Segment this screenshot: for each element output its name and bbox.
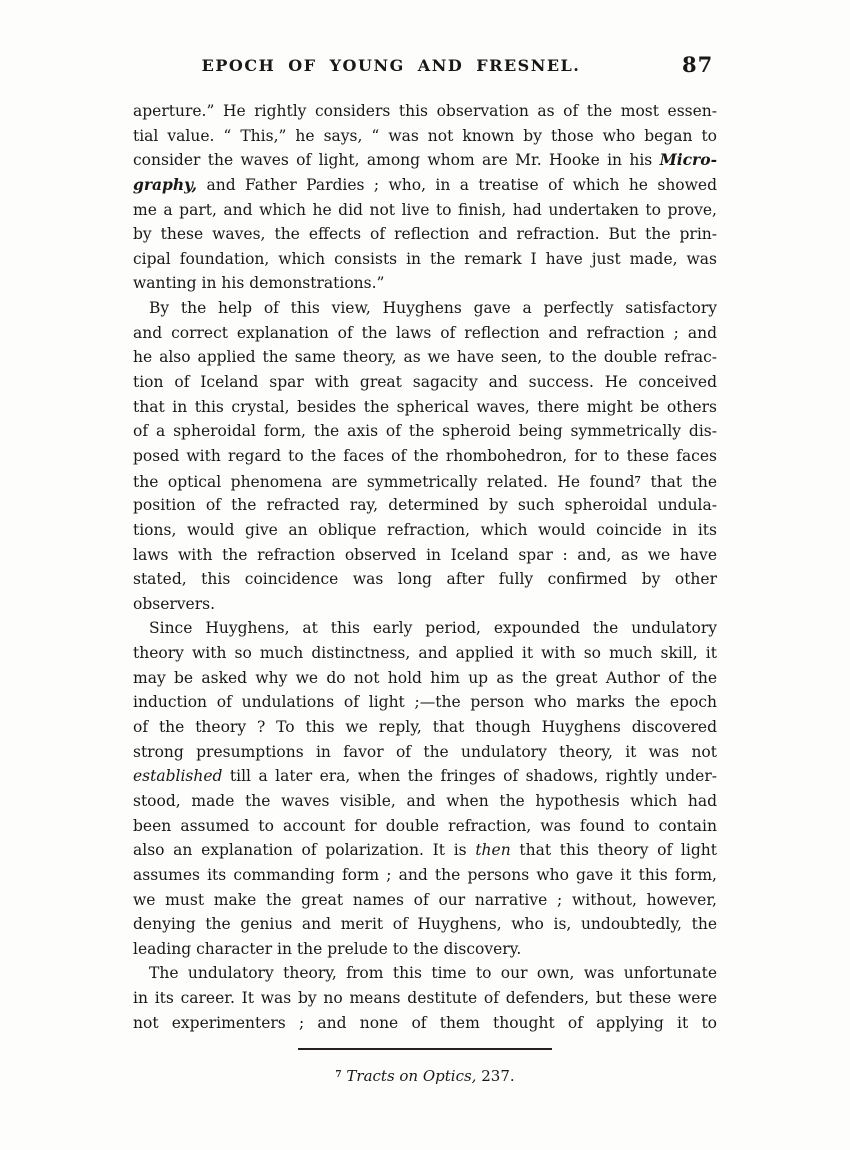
- text-segment: of a spheroidal form, the axis of the sp…: [133, 422, 717, 440]
- text-segment: also an explanation of polarization. It …: [133, 841, 475, 859]
- text-segment: graphy,: [133, 175, 197, 194]
- text-segment: that in this crystal, besides the spheri…: [133, 398, 717, 416]
- text-segment: Since Huyghens, at this early period, ex…: [149, 619, 717, 637]
- text-line: theory with so much distinctness, and ap…: [133, 641, 717, 666]
- text-line: tial value. “ This,” he says, “ was not …: [133, 124, 717, 149]
- text-line: consider the waves of light, among whom …: [133, 148, 717, 173]
- text-segment: that this theory of light: [511, 841, 717, 859]
- text-segment: he also applied the same theory, as we h…: [133, 348, 717, 366]
- text-line: me a part, and which he did not live to …: [133, 198, 717, 223]
- text-segment: The undulatory theory, from this time to…: [149, 964, 717, 982]
- text-segment: leading character in the prelude to the …: [133, 940, 521, 958]
- text-segment: and correct explanation of the laws of r…: [133, 324, 717, 342]
- book-page: EPOCH OF YOUNG AND FRESNEL. 87 aperture.…: [0, 0, 850, 1150]
- text-segment: till a later era, when the fringes of sh…: [222, 767, 717, 785]
- text-line: also an explanation of polarization. It …: [133, 838, 717, 863]
- text-segment: consider the waves of light, among whom …: [133, 151, 660, 169]
- text-segment: been assumed to account for double refra…: [133, 817, 717, 835]
- text-line: Since Huyghens, at this early period, ex…: [133, 616, 717, 641]
- paragraph: Since Huyghens, at this early period, ex…: [133, 616, 717, 961]
- text-line: of the theory ? To this we reply, that t…: [133, 715, 717, 740]
- text-line: posed with regard to the faces of the rh…: [133, 444, 717, 469]
- text-line: induction of undulations of light ;—the …: [133, 690, 717, 715]
- text-segment: aperture.” He rightly considers this obs…: [133, 102, 717, 120]
- text-segment: stated, this coincidence was long after …: [133, 570, 717, 588]
- text-line: leading character in the prelude to the …: [133, 937, 717, 962]
- page-number: 87: [682, 52, 713, 77]
- text-line: assumes its commanding form ; and the pe…: [133, 863, 717, 888]
- paragraph: The undulatory theory, from this time to…: [133, 961, 717, 1035]
- text-segment: wanting in his demonstrations.”: [133, 274, 384, 292]
- text-line: By the help of this view, Huyghens gave …: [133, 296, 717, 321]
- footnote: 7 Tracts on Optics, 237.: [133, 1064, 717, 1087]
- text-segment: not experimenters ; and none of them tho…: [133, 1014, 717, 1032]
- text-line: been assumed to account for double refra…: [133, 814, 717, 839]
- text-segment: we must make the great names of our narr…: [133, 891, 717, 909]
- footnote-rule: [298, 1048, 552, 1050]
- text-segment: tions, would give an oblique refraction,…: [133, 521, 717, 539]
- text-segment: laws with the refraction observed in Ice…: [133, 546, 717, 564]
- text-segment: observers.: [133, 595, 215, 613]
- text-segment: induction of undulations of light ;—the …: [133, 693, 717, 711]
- text-segment: by these waves, the effects of reflectio…: [133, 225, 717, 243]
- text-segment: tion of Iceland spar with great sagacity…: [133, 373, 717, 391]
- text-line: denying the genius and merit of Huyghens…: [133, 912, 717, 937]
- text-segment: cipal foundation, which consists in the …: [133, 250, 717, 268]
- text-line: observers.: [133, 592, 717, 617]
- text-line: aperture.” He rightly considers this obs…: [133, 99, 717, 124]
- paragraph: By the help of this view, Huyghens gave …: [133, 296, 717, 616]
- text-line: he also applied the same theory, as we h…: [133, 345, 717, 370]
- text-line: by these waves, the effects of reflectio…: [133, 222, 717, 247]
- text-line: strong presumptions in favor of the undu…: [133, 740, 717, 765]
- text-line: in its career. It was by no means destit…: [133, 986, 717, 1011]
- text-segment: posed with regard to the faces of the rh…: [133, 447, 717, 465]
- text-line: stood, made the waves visible, and when …: [133, 789, 717, 814]
- text-segment: theory with so much distinctness, and ap…: [133, 644, 717, 662]
- text-line: the optical phenomena are symmetrically …: [133, 469, 717, 494]
- text-line: not experimenters ; and none of them tho…: [133, 1011, 717, 1036]
- text-segment: the optical phenomena are symmetrically …: [133, 473, 635, 491]
- text-segment: of the theory ? To this we reply, that t…: [133, 718, 717, 736]
- text-segment: Micro-: [660, 150, 717, 169]
- text-segment: assumes its commanding form ; and the pe…: [133, 866, 717, 884]
- text-segment: tial value. “ This,” he says, “ was not …: [133, 127, 717, 145]
- text-segment: 237.: [476, 1067, 514, 1085]
- text-line: stated, this coincidence was long after …: [133, 567, 717, 592]
- text-segment: strong presumptions in favor of the undu…: [133, 743, 717, 761]
- text-line: tions, would give an oblique refraction,…: [133, 518, 717, 543]
- text-line: of a spheroidal form, the axis of the sp…: [133, 419, 717, 444]
- text-segment: established: [133, 767, 222, 785]
- text-line: graphy, and Father Pardies ; who, in a t…: [133, 173, 717, 198]
- page-body: aperture.” He rightly considers this obs…: [133, 99, 717, 1035]
- text-line: laws with the refraction observed in Ice…: [133, 543, 717, 568]
- text-segment: may be asked why we do not hold him up a…: [133, 669, 717, 687]
- text-segment: me a part, and which he did not live to …: [133, 201, 717, 219]
- text-segment: and Father Pardies ; who, in a treatise …: [197, 176, 717, 194]
- text-line: position of the refracted ray, determine…: [133, 493, 717, 518]
- text-segment: then: [475, 841, 510, 859]
- text-line: we must make the great names of our narr…: [133, 888, 717, 913]
- running-head-title: EPOCH OF YOUNG AND FRESNEL.: [133, 56, 649, 76]
- text-segment: position of the refracted ray, determine…: [133, 496, 717, 514]
- text-line: cipal foundation, which consists in the …: [133, 247, 717, 272]
- text-line: wanting in his demonstrations.”: [133, 271, 717, 296]
- text-segment: By the help of this view, Huyghens gave …: [149, 299, 717, 317]
- text-segment: that the: [641, 473, 717, 491]
- text-segment: Tracts on Optics,: [346, 1067, 476, 1085]
- text-line: that in this crystal, besides the spheri…: [133, 395, 717, 420]
- footnote-reference: 7: [335, 1070, 341, 1080]
- text-line: may be asked why we do not hold him up a…: [133, 666, 717, 691]
- text-segment: stood, made the waves visible, and when …: [133, 792, 717, 810]
- text-line: tion of Iceland spar with great sagacity…: [133, 370, 717, 395]
- text-line: established till a later era, when the f…: [133, 764, 717, 789]
- text-line: and correct explanation of the laws of r…: [133, 321, 717, 346]
- text-segment: denying the genius and merit of Huyghens…: [133, 915, 717, 933]
- text-line: The undulatory theory, from this time to…: [133, 961, 717, 986]
- text-segment: in its career. It was by no means destit…: [133, 989, 717, 1007]
- paragraph: aperture.” He rightly considers this obs…: [133, 99, 717, 296]
